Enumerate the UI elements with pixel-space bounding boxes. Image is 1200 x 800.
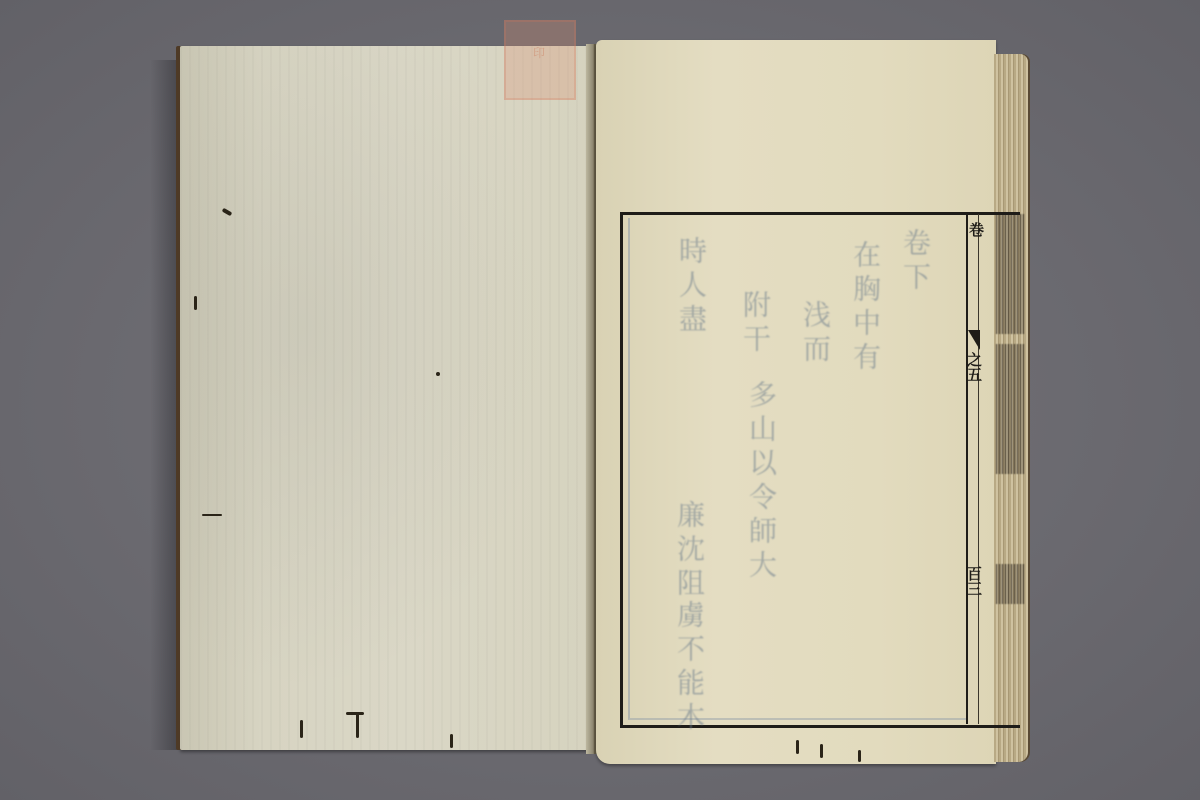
wormhole-mark [356, 712, 359, 738]
wormhole-mark [450, 734, 453, 748]
show-through-text-column: 卷下 [900, 228, 930, 296]
wormhole-mark [300, 720, 303, 738]
wormhole-mark [820, 744, 823, 758]
margin-title: 卷 [968, 222, 984, 237]
show-through-text-column: 廉沈阻 [674, 500, 704, 602]
show-through-text-column: 附干 [740, 290, 770, 358]
show-through-text-column: 虜不能木 [674, 600, 704, 736]
stain-mark [202, 514, 222, 516]
stain-mark [194, 296, 197, 310]
left-page [180, 46, 590, 750]
fold-margin-line [978, 214, 979, 724]
red-seal-stamp: 印 [504, 20, 576, 100]
show-through-text-column: 在胸中有 [850, 240, 880, 600]
fold-margin-line [966, 214, 968, 724]
show-through-text-column: 浅而 [800, 300, 830, 368]
wormhole-mark [796, 740, 799, 754]
wormhole-mark [858, 750, 861, 762]
book-cover-shadow [150, 60, 182, 750]
margin-volume-label: 之五 [966, 352, 982, 382]
stain-mark [436, 372, 440, 376]
margin-page-number: 百三 [966, 566, 982, 596]
show-through-text-column: 多山以令師大 [746, 380, 776, 710]
paper-texture [180, 46, 590, 750]
fishtail-mark [968, 330, 980, 350]
show-through-text-column: 時人盡 [676, 236, 706, 338]
wormhole-mark [346, 712, 364, 715]
